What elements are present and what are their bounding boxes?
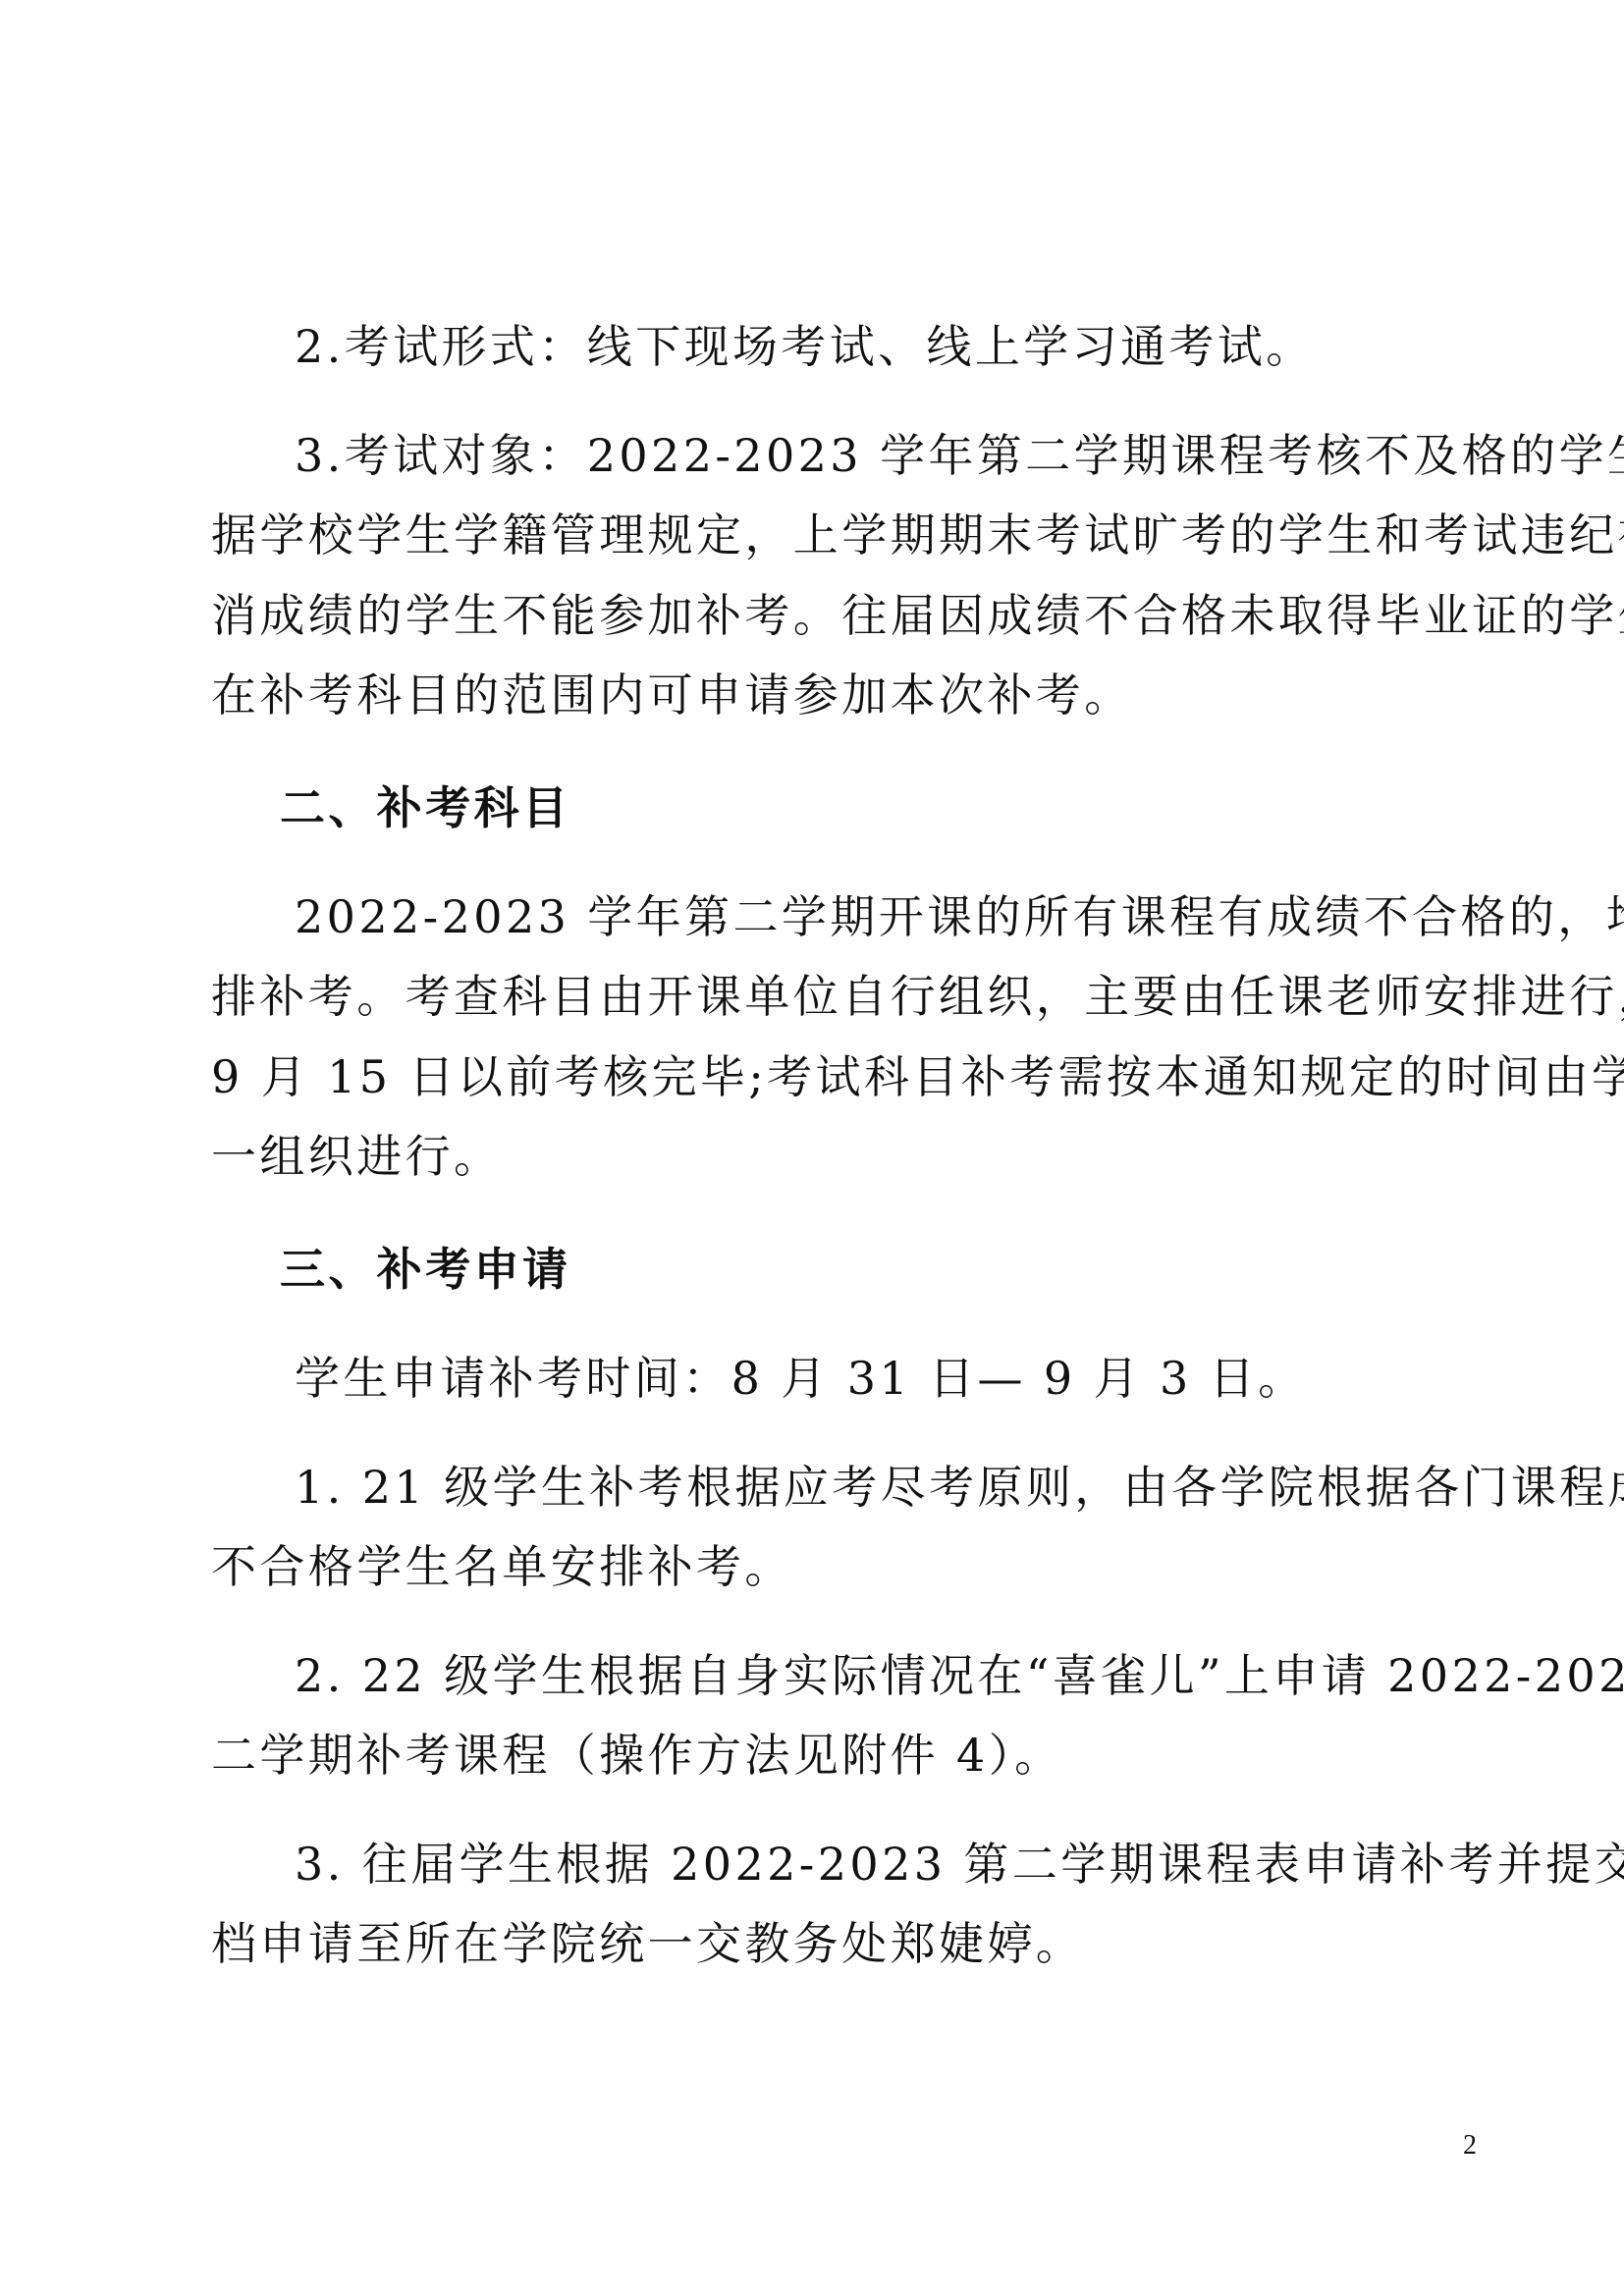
document-page: 2.考试形式：线下现场考试、线上学习通考试。 3.考试对象：2022-2023 … xyxy=(0,0,1624,2296)
section-heading-subjects: 二、补考科目 xyxy=(280,778,1556,837)
exam-target-line-3: 消成绩的学生不能参加补考。往届因成绩不合格未取得毕业证的学生， xyxy=(211,586,1488,645)
application-item-2-line-2: 二学期补考课程（操作方法见附件 4）。 xyxy=(211,1726,1488,1785)
application-item-1-line-1: 1. 21 级学生补考根据应考尽考原则，由各学院根据各门课程成绩 xyxy=(295,1458,1488,1517)
exam-target-line-1: 3.考试对象：2022-2023 学年第二学期课程考核不及格的学生，根 xyxy=(295,426,1488,485)
exam-target-line-2: 据学校学生学籍管理规定，上学期期末考试旷考的学生和考试违纪被取 xyxy=(211,506,1488,564)
section-heading-application: 三、补考申请 xyxy=(280,1240,1556,1299)
exam-format-line: 2.考试形式：线下现场考试、线上学习通考试。 xyxy=(295,317,1488,376)
application-item-2-line-1: 2. 22 级学生根据自身实际情况在“喜雀儿”上申请 2022-2023 第 xyxy=(295,1646,1488,1705)
subjects-line-3: 9 月 15 日以前考核完毕;考试科目补考需按本通知规定的时间由学校统 xyxy=(211,1047,1488,1106)
application-item-3-line-2: 档申请至所在学院统一交教务处郑婕婷。 xyxy=(211,1914,1488,1973)
application-item-3-line-1: 3. 往届学生根据 2022-2023 第二学期课程表申请补考并提交纸质 xyxy=(295,1835,1488,1894)
application-time-line: 学生申请补考时间：8 月 31 日— 9 月 3 日。 xyxy=(295,1349,1488,1408)
page-number: 2 xyxy=(1463,2130,1477,2162)
subjects-line-4: 一组织进行。 xyxy=(211,1127,1488,1186)
subjects-line-1: 2022-2023 学年第二学期开课的所有课程有成绩不合格的，均应安 xyxy=(295,887,1488,946)
application-item-1-line-2: 不合格学生名单安排补考。 xyxy=(211,1537,1488,1596)
exam-target-line-4: 在补考科目的范围内可申请参加本次补考。 xyxy=(211,666,1488,724)
subjects-line-2: 排补考。考查科目由开课单位自行组织，主要由任课老师安排进行，于 xyxy=(211,967,1488,1026)
